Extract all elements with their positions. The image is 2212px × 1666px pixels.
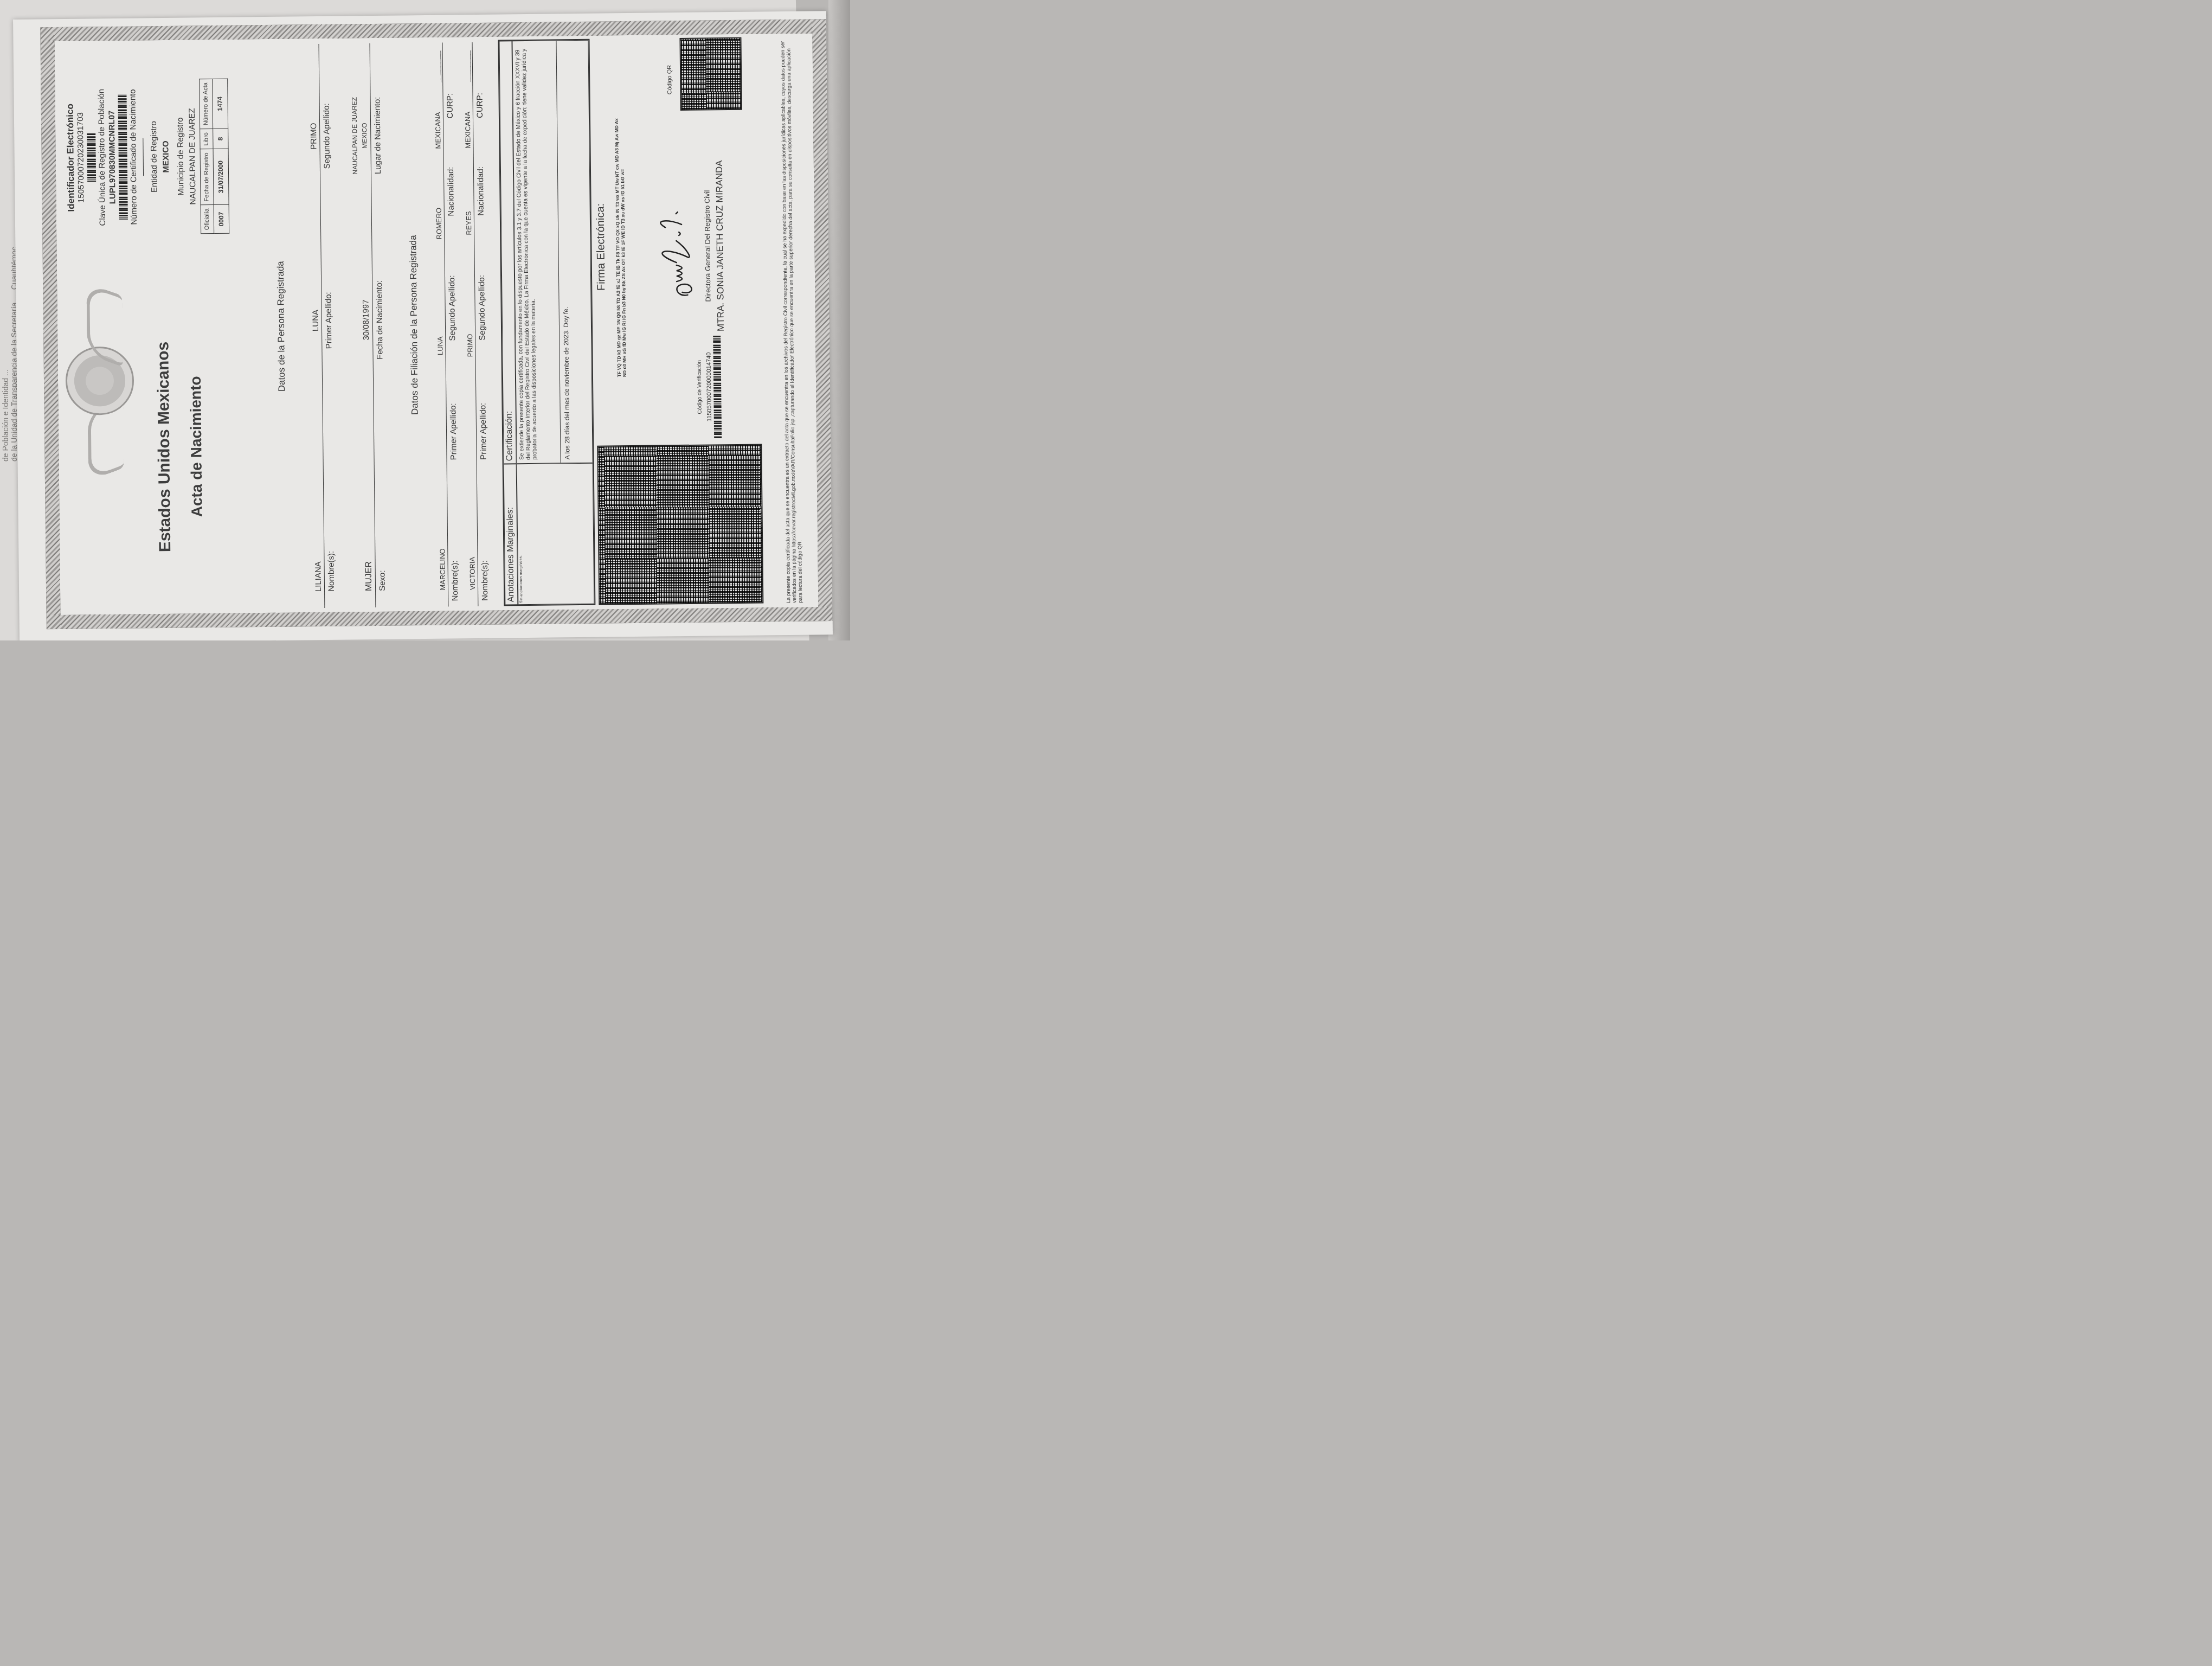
father-nacionalidad-label: Nacionalidad: — [446, 118, 456, 216]
verification-qr-code[interactable] — [597, 444, 763, 605]
father-row: MARCELINO LUNA ROMERO MEXICANA ________ … — [433, 42, 460, 606]
annotations-certification-box: Anotaciones Marginales: Certificación: S… — [498, 39, 595, 606]
mother-curp: ________ — [463, 42, 472, 90]
father-segundo-apellido: ROMERO — [434, 170, 443, 277]
sexo-value: MUJER — [353, 412, 375, 607]
mother-primer-apellido: PRIMO — [465, 276, 475, 414]
entity-value: MEXICO — [160, 51, 172, 262]
registered-name-row: LILIANA LUNA PRIMO Nombre(s): Primer Ape… — [308, 44, 337, 608]
signatory-block: Directora General Del Registro Civil MTR… — [702, 116, 727, 376]
curp-value: LUPL970830MMCNRL07 — [106, 52, 119, 263]
birth-certificate: Estados Unidos Mexicanos Acta de Nacimie… — [40, 19, 833, 629]
value-fecha-registro: 31/07/2000 — [213, 149, 229, 205]
lugar-nacimiento-label: Lugar de Nacimiento: — [372, 43, 384, 228]
header-libro: Libro — [200, 129, 213, 149]
segundo-apellido-label: Segundo Apellido: — [321, 44, 333, 228]
certification-content: Se extiende la presente copia certificad… — [512, 40, 593, 464]
filiation-title: Datos de Filiación de la Persona Registr… — [406, 43, 423, 607]
mother-primer-apellido-label: Primer Apellido: — [478, 341, 488, 460]
identifiers-block: Identificador Electrónico 15057000720230… — [65, 50, 230, 264]
header-numero-acta: Número de Acta — [200, 79, 213, 129]
document-title: Acta de Nacimiento — [186, 284, 207, 609]
primer-apellido-label: Primer Apellido: — [323, 228, 335, 413]
electronic-signature-label: Firma Electrónica: — [594, 117, 609, 377]
segundo-apellido-value: PRIMO — [308, 44, 320, 228]
certificate-body: Estados Unidos Mexicanos Acta de Nacimie… — [59, 38, 814, 611]
father-nombres: MARCELINO — [437, 415, 447, 607]
mother-nacionalidad-label: Nacionalidad: — [475, 118, 486, 216]
father-segundo-apellido-label: Segundo Apellido: — [447, 216, 457, 341]
lugar-nacimiento-value: NAUCALPAN DE JUAREZ MEXICO — [349, 43, 371, 228]
signatory-name: MTRA. SONIA JANETH CRUZ MIRANDA — [713, 116, 727, 376]
mother-segundo-apellido-label: Segundo Apellido: — [477, 216, 487, 341]
value-oficialia: 0007 — [214, 204, 229, 233]
fecha-nacimiento-label: Fecha de Nacimiento: — [374, 228, 385, 412]
value-numero-acta: 1474 — [213, 79, 228, 129]
qr-code[interactable] — [679, 37, 742, 111]
father-primer-apellido: LUNA — [435, 277, 445, 415]
qr-code-label: Código QR — [666, 65, 673, 95]
certificate-sheet: Estados Unidos Mexicanos Acta de Nacimie… — [13, 11, 833, 640]
nombres-value: LILIANA — [312, 413, 324, 608]
header-fecha-registro: Fecha de Registro — [200, 149, 214, 205]
primer-apellido-value: LUNA — [310, 228, 321, 413]
municipality-value: NAUCALPAN DE JUAREZ — [187, 50, 199, 262]
entity-label: Entidad de Registro — [148, 51, 160, 262]
registered-person-title: Datos de la Persona Registrada — [273, 44, 290, 608]
mother-nombres: VICTORIA — [467, 414, 477, 606]
electronic-signature-code: TF VQ TD k3 MD gz ME 1N Q0 5S TD A3 fE x… — [614, 117, 627, 377]
father-primer-apellido-label: Primer Apellido: — [448, 341, 458, 460]
municipality-label: Municipio de Registro — [175, 51, 187, 262]
father-nombres-label: Nombre(s): — [449, 460, 460, 606]
verification-section: Código de Verificación 11505700072000001… — [593, 39, 783, 605]
curp-barcode — [118, 95, 127, 220]
sexo-label: Sexo: — [376, 412, 388, 607]
mother-segundo-apellido: REYES — [464, 170, 473, 276]
father-curp: ________ — [433, 43, 442, 91]
country-title: Estados Unidos Mexicanos — [153, 284, 175, 610]
value-libro: 8 — [213, 129, 228, 149]
verification-code-label: Código de Verificación — [696, 333, 703, 441]
lugar-line-2: MEXICO — [359, 43, 371, 228]
mother-nacionalidad: MEXICANA — [463, 90, 472, 170]
mother-curp-label: CURP: — [475, 75, 485, 118]
handwritten-signature-icon — [654, 192, 698, 301]
underlying-line: de Población e Identidad ... — [1, 0, 10, 462]
nombres-label: Nombre(s): — [325, 413, 337, 608]
registered-birth-row: MUJER 30/08/1997 NAUCALPAN DE JUAREZ MEX… — [349, 43, 388, 608]
electronic-id-barcode — [87, 133, 96, 182]
certification-date: A los 28 días del mes de noviembre de 20… — [556, 41, 572, 463]
national-seal — [65, 295, 147, 475]
electronic-id-value: 15057000720230031703 — [75, 52, 87, 263]
legal-footer: La presente copia certificada del acta q… — [780, 39, 803, 603]
electronic-signature-block: Firma Electrónica: TF VQ TD k3 MD gz ME … — [594, 117, 627, 377]
mother-row: VICTORIA PRIMO REYES MEXICANA ________ N… — [463, 42, 490, 606]
father-nacionalidad: MEXICANA — [433, 91, 442, 170]
cert-number-label: Número de Certificado de Nacimiento — [127, 51, 140, 262]
fecha-nacimiento-value: 30/08/1997 — [351, 228, 372, 412]
annotations-value: Sin anotaciones marginales. — [517, 463, 595, 605]
annotations-label: Anotaciones Marginales: — [504, 464, 518, 605]
mother-nombres-label: Nombre(s): — [479, 460, 490, 606]
cert-number-value — [143, 138, 144, 176]
registry-table: Oficialía Fecha de Registro Libro Número… — [199, 79, 229, 234]
certification-text: Se extiende la presente copia certificad… — [512, 41, 539, 463]
father-curp-label: CURP: — [445, 75, 455, 118]
header-oficialia: Oficialía — [201, 205, 214, 234]
